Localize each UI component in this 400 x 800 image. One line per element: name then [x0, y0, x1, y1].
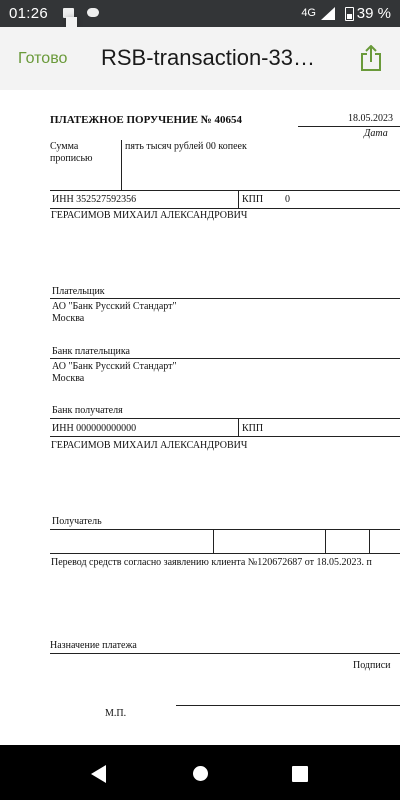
document-date: 18.05.2023: [348, 113, 393, 124]
divider: [325, 529, 326, 553]
document-title: RSB-transaction-33…: [101, 45, 315, 71]
payer-kpp-value: 0: [285, 194, 290, 205]
signatures-label: Подписи: [353, 660, 391, 671]
divider: [50, 553, 400, 554]
battery-icon: [345, 7, 354, 21]
recipient-bank-name: АО "Банк Русский Стандарт": [52, 361, 177, 372]
divider: [238, 190, 239, 208]
payer-inn: ИНН 352527592356: [52, 194, 136, 205]
divider: [238, 418, 239, 436]
recipient-kpp-label: КПП: [242, 423, 263, 434]
viewer-toolbar: Готово RSB-transaction-33…: [0, 27, 400, 90]
recipient-bank-city: Москва: [52, 373, 84, 384]
payer-label: Плательщик: [52, 286, 105, 297]
signal-icon: [321, 7, 335, 20]
navigation-bar: [0, 745, 400, 800]
document-heading: ПЛАТЕЖНОЕ ПОРУЧЕНИЕ № 40654: [50, 114, 242, 126]
back-icon[interactable]: [91, 765, 106, 783]
divider: [369, 529, 370, 553]
recipient-name: ГЕРАСИМОВ МИХАИЛ АЛЕКСАНДРОВИЧ: [51, 440, 247, 451]
recent-apps-icon[interactable]: [292, 766, 308, 782]
payer-bank-label: Банк плательщика: [52, 346, 130, 357]
divider: [50, 436, 400, 437]
recipient-inn: ИНН 000000000000: [52, 423, 136, 434]
recipient-bank-label: Банк получателя: [52, 405, 123, 416]
done-button[interactable]: Готово: [18, 50, 67, 68]
network-type: 4G: [301, 7, 316, 19]
divider: [50, 190, 400, 191]
payment-purpose-label: Назначение платежа: [50, 640, 137, 651]
divider: [50, 298, 400, 299]
amount-label: Сумма: [50, 141, 78, 152]
status-time: 01:26: [9, 5, 48, 22]
divider: [298, 126, 400, 127]
signature-line: [176, 705, 400, 706]
divider: [50, 529, 400, 530]
chat-notification-icon: [87, 8, 99, 17]
divider: [213, 529, 214, 553]
battery-percent: 39 %: [357, 5, 391, 22]
payer-bank-name: АО "Банк Русский Стандарт": [52, 301, 177, 312]
amount-label-2: прописью: [50, 153, 93, 164]
divider: [50, 358, 400, 359]
payment-purpose-text: Перевод средств согласно заявлению клиен…: [51, 557, 372, 568]
stamp-label: М.П.: [105, 708, 126, 719]
divider: [50, 418, 400, 419]
divider: [50, 653, 400, 654]
payer-bank-city: Москва: [52, 313, 84, 324]
divider: [121, 140, 122, 190]
payment-order-document[interactable]: ПЛАТЕЖНОЕ ПОРУЧЕНИЕ № 40654 18.05.2023 Д…: [0, 90, 400, 745]
amount-in-words: пять тысяч рублей 00 копеек: [125, 141, 247, 152]
recipient-label: Получатель: [52, 516, 102, 527]
divider: [50, 208, 400, 209]
share-icon[interactable]: [360, 45, 382, 71]
status-bar: 01:26 4G 39 %: [0, 0, 400, 27]
home-icon[interactable]: [193, 766, 208, 781]
payer-kpp-label: КПП: [242, 194, 263, 205]
payer-name: ГЕРАСИМОВ МИХАИЛ АЛЕКСАНДРОВИЧ: [51, 210, 247, 221]
date-label: Дата: [364, 128, 388, 139]
